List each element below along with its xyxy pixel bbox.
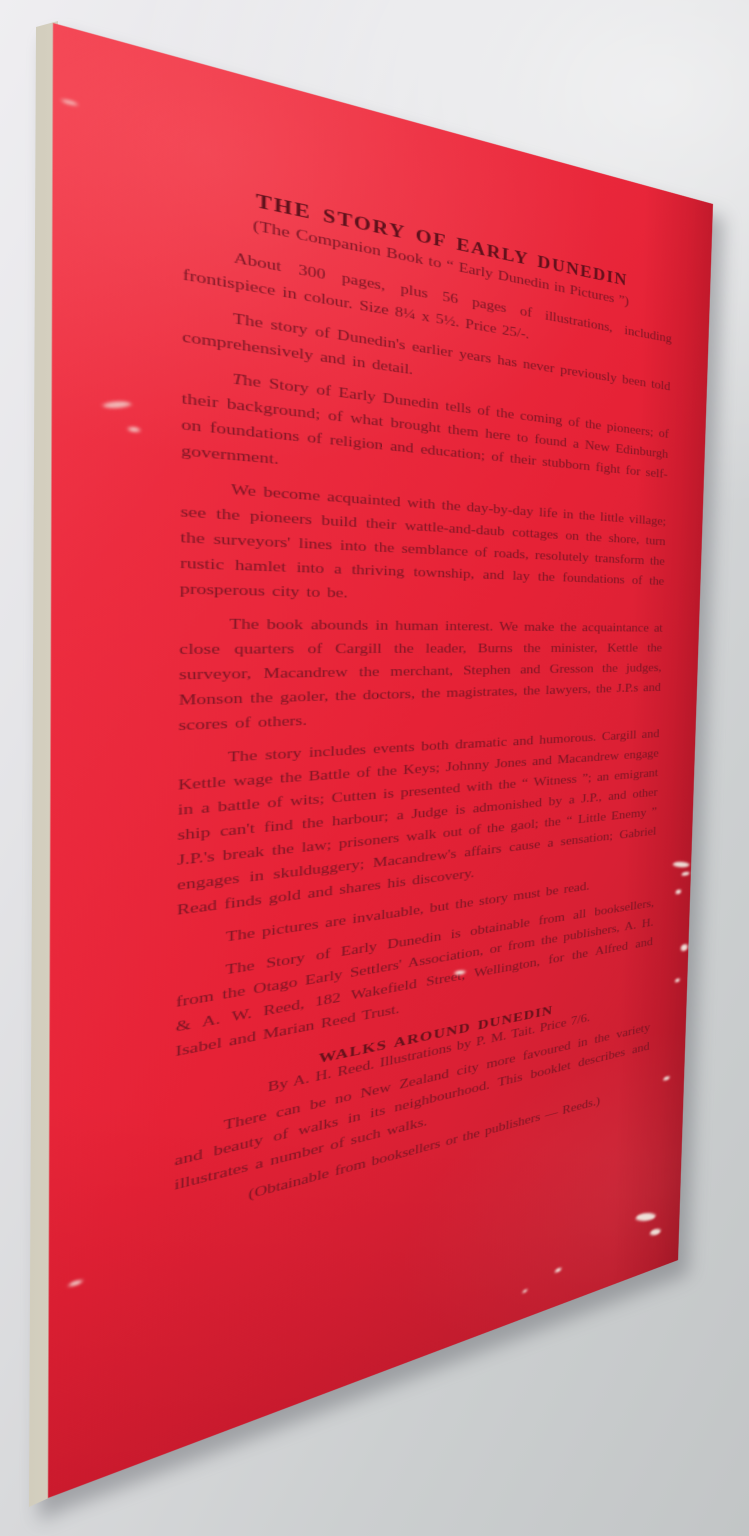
photo-background: THE STORY OF EARLY DUNEDIN (The Companio…: [0, 0, 749, 1536]
book-back-cover: THE STORY OF EARLY DUNEDIN (The Companio…: [48, 23, 713, 1498]
book: THE STORY OF EARLY DUNEDIN (The Companio…: [0, 0, 749, 1536]
blurb-paragraph: The book abounds in human interest. We m…: [178, 612, 663, 739]
cover-text: THE STORY OF EARLY DUNEDIN (The Companio…: [48, 23, 713, 1498]
